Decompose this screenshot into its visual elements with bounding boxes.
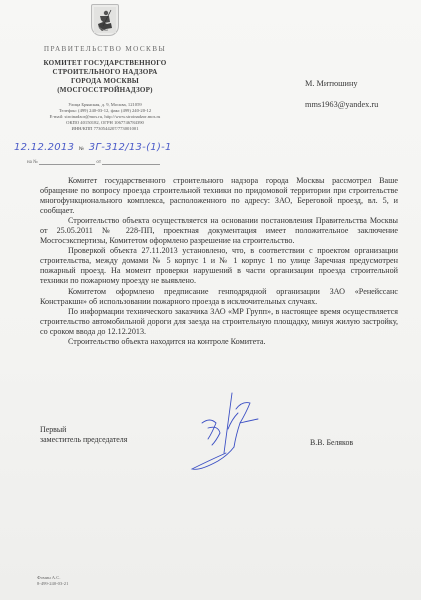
body-paragraph: По информации технического заказчика ЗАО… — [40, 307, 398, 337]
registration-date: 12.12.2013 — [14, 142, 74, 153]
registration-stamp: 12.12.2013 № 3Г-312/13-(1)-1 — [14, 142, 172, 153]
government-title: ПРАВИТЕЛЬСТВО МОСКВЫ — [12, 45, 198, 53]
committee-contacts: Улица Брянская, д. 9, Москва, 121059 Тел… — [12, 102, 198, 132]
reply-date-blank — [102, 158, 160, 165]
addressee: М. Митюшину mms1963@yandex.ru — [305, 79, 378, 109]
letter-page: ПРАВИТЕЛЬСТВО МОСКВЫ КОМИТЕТ ГОСУДАРСТВЕ… — [0, 0, 421, 600]
moscow-coat-of-arms-icon — [91, 4, 119, 36]
registration-number: 3Г-312/13-(1)-1 — [89, 142, 172, 153]
body-paragraph: Проверкой объекта 27.11.2013 установлено… — [40, 246, 398, 286]
signatory-name: В.В. Беляков — [310, 438, 353, 447]
executor-info: Фомин А.С. 8-499-240-03-21 — [37, 575, 68, 587]
letterhead: ПРАВИТЕЛЬСТВО МОСКВЫ КОМИТЕТ ГОСУДАРСТВЕ… — [12, 4, 198, 132]
reply-number-blank — [39, 158, 95, 165]
addressee-name: М. Митюшину — [305, 79, 378, 88]
from-label: от — [96, 160, 101, 165]
contact-inn: ИНН/КПП 7730544207/773001001 — [12, 126, 198, 132]
reply-to-label: на № — [27, 160, 38, 165]
executor-phone: 8-499-240-03-21 — [37, 581, 68, 587]
committee-line: ГОРОДА МОСКВЫ — [12, 77, 198, 86]
number-label: № — [79, 146, 85, 152]
body-paragraph: Строительство объекта находится на контр… — [40, 337, 398, 347]
committee-line: КОМИТЕТ ГОСУДАРСТВЕННОГО — [12, 59, 198, 68]
signatory-title-line: Первый — [40, 425, 398, 435]
body-paragraph: Комитет государственного строительного н… — [40, 176, 398, 216]
body-paragraph: Комитетом оформлено предписание генподря… — [40, 287, 398, 307]
letter-body: Комитет государственного строительного н… — [40, 176, 398, 347]
committee-line: (МОСГОССТРОЙНАДЗОР) — [12, 86, 198, 95]
addressee-email: mms1963@yandex.ru — [305, 100, 378, 109]
body-paragraph: Строительство объекта осуществляется на … — [40, 216, 398, 246]
committee-name: КОМИТЕТ ГОСУДАРСТВЕННОГО СТРОИТЕЛЬНОГО Н… — [12, 59, 198, 95]
committee-line: СТРОИТЕЛЬНОГО НАДЗОРА — [12, 68, 198, 77]
reply-reference: на № от — [27, 158, 160, 165]
